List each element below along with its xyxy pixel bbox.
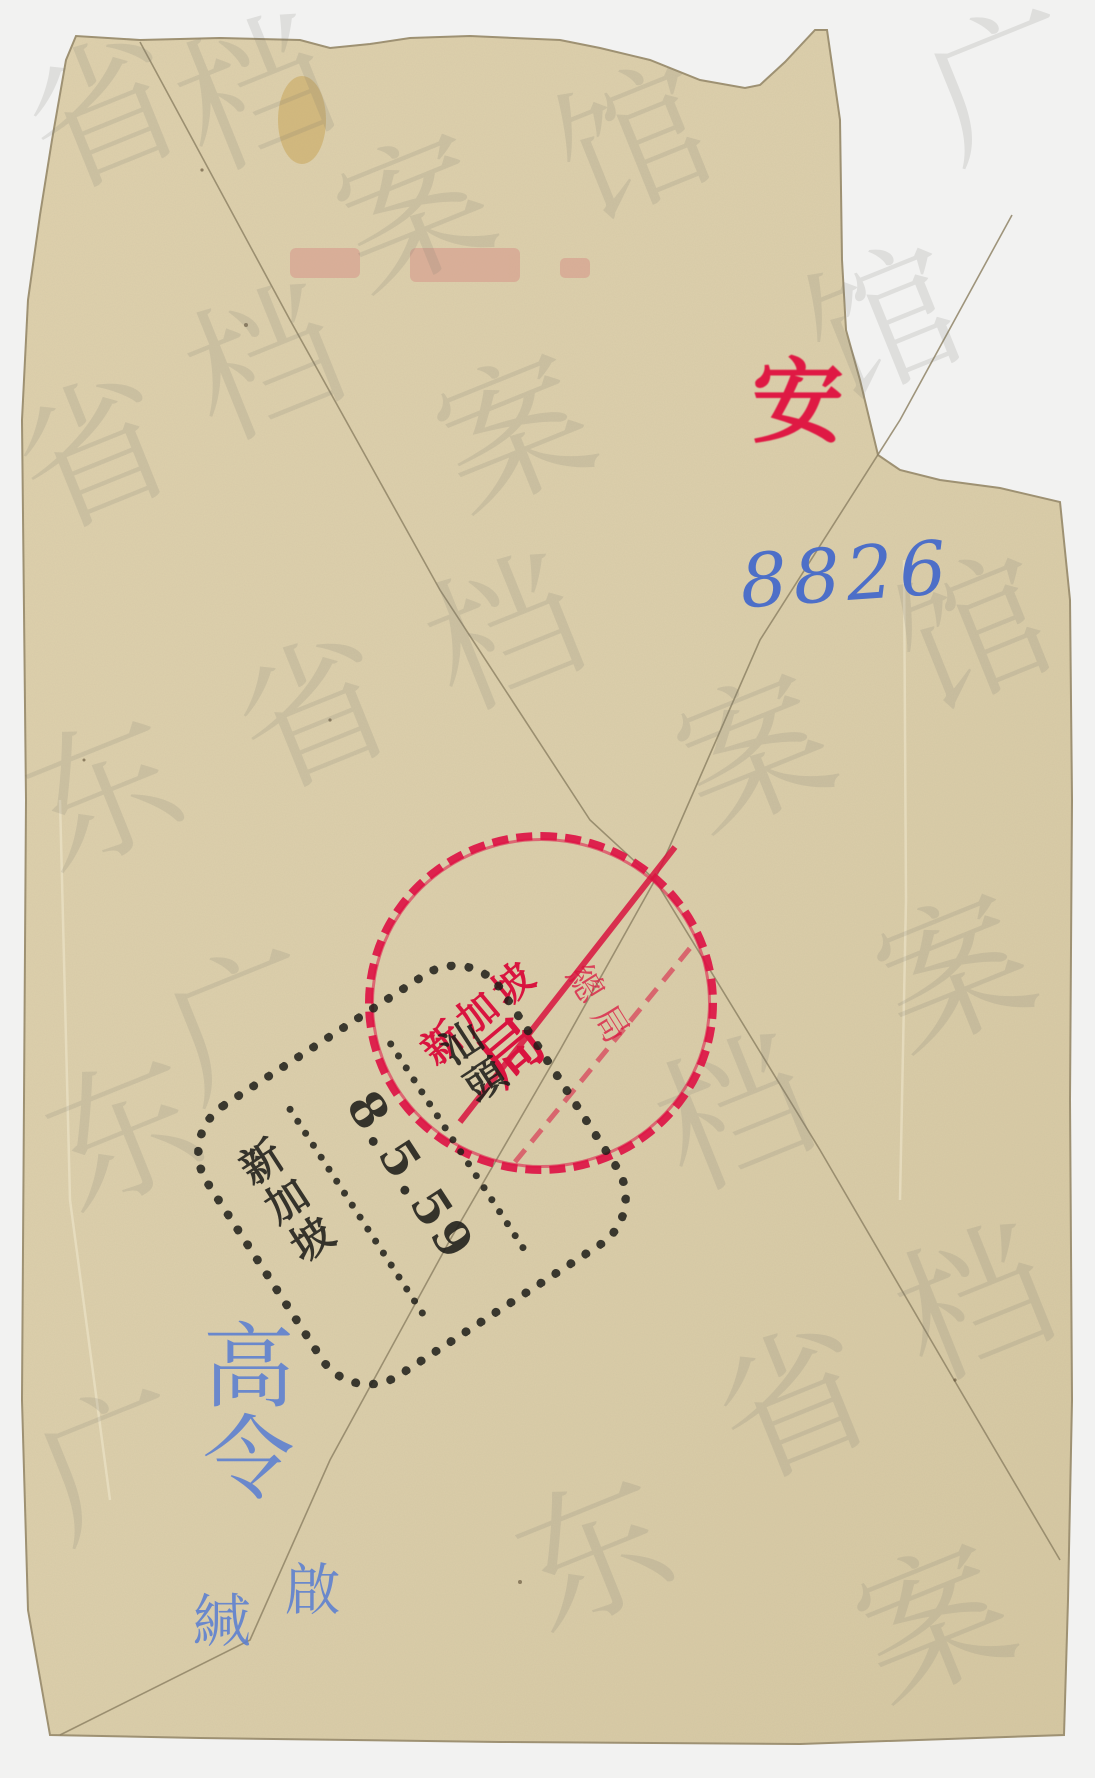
handwritten-name: 高令 [192,1318,289,1502]
handwritten-open-word: 啟 [278,1560,337,1616]
stain [278,76,326,164]
red-seal-character: 安 [752,356,844,448]
handwritten-number: 8826 [738,531,955,620]
handwritten-seal-word: 緘 [186,1590,247,1648]
